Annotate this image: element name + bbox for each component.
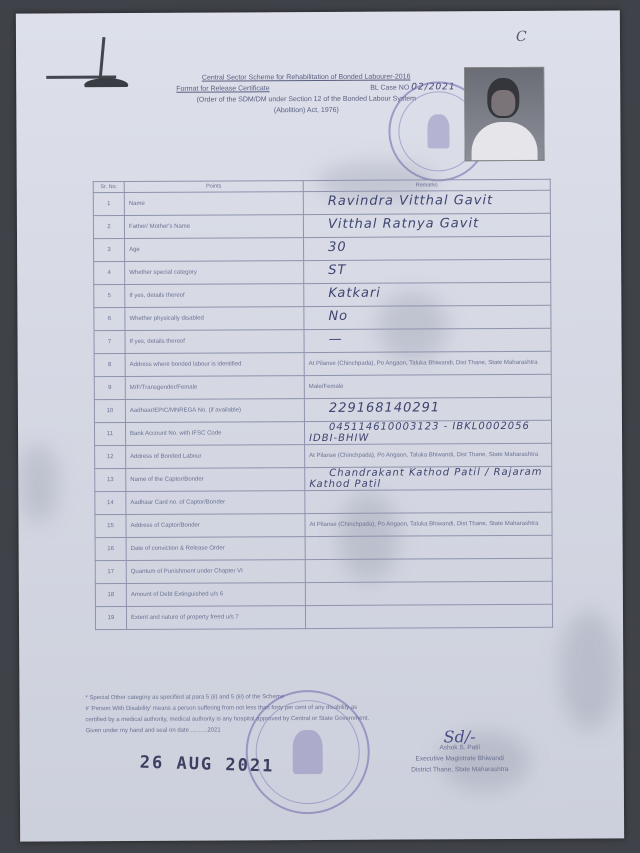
row-point: Address of Captor/Bonder xyxy=(126,514,305,538)
row-number: 18 xyxy=(95,584,126,607)
printed-entry: At Pilanse (Chinchpada), Po Angaon, Talu… xyxy=(309,360,538,367)
row-number: 15 xyxy=(95,515,126,538)
signatory-block: Sd/- Ashok S. Patil Executive Magistrate… xyxy=(380,731,540,776)
row-remark: 229168140291 xyxy=(304,397,551,421)
row-point: M/F/Transgender/Female xyxy=(125,376,304,400)
table-row: 13Name of the Captor/BonderChandrakant K… xyxy=(95,466,552,491)
table-row: 11Bank Account No. with IFSC Code0451146… xyxy=(94,420,551,445)
row-number: 7 xyxy=(94,331,125,354)
row-number: 8 xyxy=(94,354,125,377)
row-remark: Chandrakant Kathod Patil / Rajaram Katho… xyxy=(305,466,552,490)
row-remark xyxy=(305,581,552,605)
row-remark xyxy=(305,604,552,628)
row-remark: Katkari xyxy=(304,282,551,306)
row-number: 17 xyxy=(95,561,126,584)
handwritten-entry: No xyxy=(308,309,348,324)
row-point: Aadhaar/EPIC/MNREGA No. (if available) xyxy=(125,399,304,423)
row-number: 5 xyxy=(94,285,125,308)
row-remark: Ravindra Vitthal Gavit xyxy=(303,190,550,214)
handwritten-entry: Chandrakant Kathod Patil / Rajaram Katho… xyxy=(309,467,542,490)
table-row: 4Whether special categoryST xyxy=(94,259,551,284)
row-point: Address of Bonded Labour xyxy=(126,445,305,469)
row-point: Date of conviction & Release Order xyxy=(126,537,305,561)
table-row: 15Address of Captor/BonderAt Pilanse (Ch… xyxy=(95,512,552,537)
row-point: Extent and nature of property freed u/s … xyxy=(126,606,305,630)
row-number: 3 xyxy=(94,239,125,262)
row-remark xyxy=(305,489,552,513)
row-remark: ST xyxy=(304,259,551,283)
row-remark: At Pilanse (Chinchpada), Po Angaon, Talu… xyxy=(304,351,551,375)
table-row: 18Amount of Debt Extinguished u/s 6 xyxy=(95,581,552,606)
row-number: 2 xyxy=(93,216,124,239)
signatory-district: District Thane, State Maharashtra xyxy=(380,764,540,776)
table-row: 1NameRavindra Vitthal Gavit xyxy=(93,190,550,215)
row-point: If yes, details thereof xyxy=(125,284,304,308)
handwritten-entry: Ravindra Vitthal Gavit xyxy=(308,193,493,209)
row-number: 10 xyxy=(94,400,125,423)
row-point: Amount of Debt Extinguished u/s 6 xyxy=(126,583,305,607)
table-row: 9M/F/Transgender/FemaleMale/Female xyxy=(94,374,551,399)
row-remark: Male/Female xyxy=(304,374,551,398)
row-number: 14 xyxy=(95,492,126,515)
printed-entry: Male/Female xyxy=(309,384,344,390)
row-remark: 30 xyxy=(304,236,551,260)
table-row: 14Aadhaar Card no. of Captor/Bonder xyxy=(95,489,552,514)
row-number: 13 xyxy=(95,469,126,492)
printed-entry: At Pilanse (Chinchpada), Po Angaon, Talu… xyxy=(309,452,538,459)
row-point: Whether physically disabled xyxy=(125,307,304,331)
row-remark: No xyxy=(304,305,551,329)
row-remark: At Pilanse (Chinchpada), Po Angaon, Talu… xyxy=(305,512,552,536)
labourer-photo xyxy=(464,67,544,161)
table-row: 7If yes, details thereof— xyxy=(94,328,551,353)
row-remark xyxy=(305,558,552,582)
row-point: Bank Account No. with IFSC Code xyxy=(125,422,304,446)
table-row: 5If yes, details thereofKatkari xyxy=(94,282,551,307)
row-remark: Vitthal Ratnya Gavit xyxy=(303,213,550,237)
table-row: 10Aadhaar/EPIC/MNREGA No. (if available)… xyxy=(94,397,551,422)
row-remark: 045114610003123 - IBKL0002056 IDBI-BHIW xyxy=(304,420,551,444)
row-number: 19 xyxy=(95,607,126,630)
row-point: Father/ Mother's Name xyxy=(124,215,303,239)
table-row: 6Whether physically disabledNo xyxy=(94,305,551,330)
handwritten-entry: 229168140291 xyxy=(309,400,440,416)
row-remark xyxy=(305,535,552,559)
table-row: 16Date of conviction & Release Order xyxy=(95,535,552,560)
row-point: Quantum of Punishment under Chapter VI xyxy=(126,560,305,584)
table-row: 17Quantum of Punishment under Chapter VI xyxy=(95,558,552,583)
header-sr-no: Sr. No. xyxy=(93,182,124,193)
table-row: 2Father/ Mother's NameVitthal Ratnya Gav… xyxy=(93,213,550,238)
signature: Sd/- xyxy=(380,731,540,743)
release-certificate-page: C Central Sector Scheme for Rehabilitati… xyxy=(16,10,624,841)
row-remark: — xyxy=(304,328,551,352)
row-number: 16 xyxy=(95,538,126,561)
row-point: Aadhaar Card no. of Captor/Bonder xyxy=(126,491,305,515)
handwritten-entry: — xyxy=(309,332,343,347)
header-points: Points xyxy=(124,181,303,193)
table-row: 8Address where bonded labour is identifi… xyxy=(94,351,551,376)
official-seal-bottom xyxy=(245,690,370,815)
printed-entry: At Pilanse (Chinchpada), Po Angaon, Talu… xyxy=(310,521,539,528)
row-remark: At Pilanse (Chinchpada), Po Angaon, Talu… xyxy=(305,443,552,467)
row-number: 12 xyxy=(95,446,126,469)
row-number: 11 xyxy=(94,423,125,446)
handwritten-entry: 045114610003123 - IBKL0002056 IDBI-BHIW xyxy=(309,421,530,444)
row-point: Age xyxy=(125,238,304,262)
row-number: 1 xyxy=(93,193,124,216)
row-number: 4 xyxy=(94,262,125,285)
row-point: Address where bonded labour is identifie… xyxy=(125,353,304,377)
row-number: 9 xyxy=(94,377,125,400)
row-point: If yes, details thereof xyxy=(125,330,304,354)
handwritten-entry: ST xyxy=(308,263,346,278)
signatory-name: Ashok S. Patil xyxy=(380,742,540,754)
table-row: 3Age30 xyxy=(94,236,551,261)
date-stamp: 26 AUG 2021 xyxy=(140,753,275,777)
signatory-designation: Executive Magistrate Bhiwandi xyxy=(380,753,540,765)
table-row: 12Address of Bonded LabourAt Pilanse (Ch… xyxy=(95,443,552,468)
table-row: 19Extent and nature of property freed u/… xyxy=(95,604,552,629)
smudge xyxy=(559,610,620,730)
row-point: Name of the Captor/Bonder xyxy=(126,468,305,492)
push-pin-icon xyxy=(46,27,136,87)
row-point: Whether special category xyxy=(125,261,304,285)
handwritten-entry: Katkari xyxy=(308,286,381,301)
row-number: 6 xyxy=(94,308,125,331)
handwritten-entry: 30 xyxy=(308,240,347,255)
details-table: Sr. No. Points Remarks 1NameRavindra Vit… xyxy=(93,179,553,630)
row-point: Name xyxy=(124,192,303,216)
smudge xyxy=(18,443,58,523)
corner-mark: C xyxy=(516,29,527,45)
handwritten-entry: Vitthal Ratnya Gavit xyxy=(308,216,479,232)
